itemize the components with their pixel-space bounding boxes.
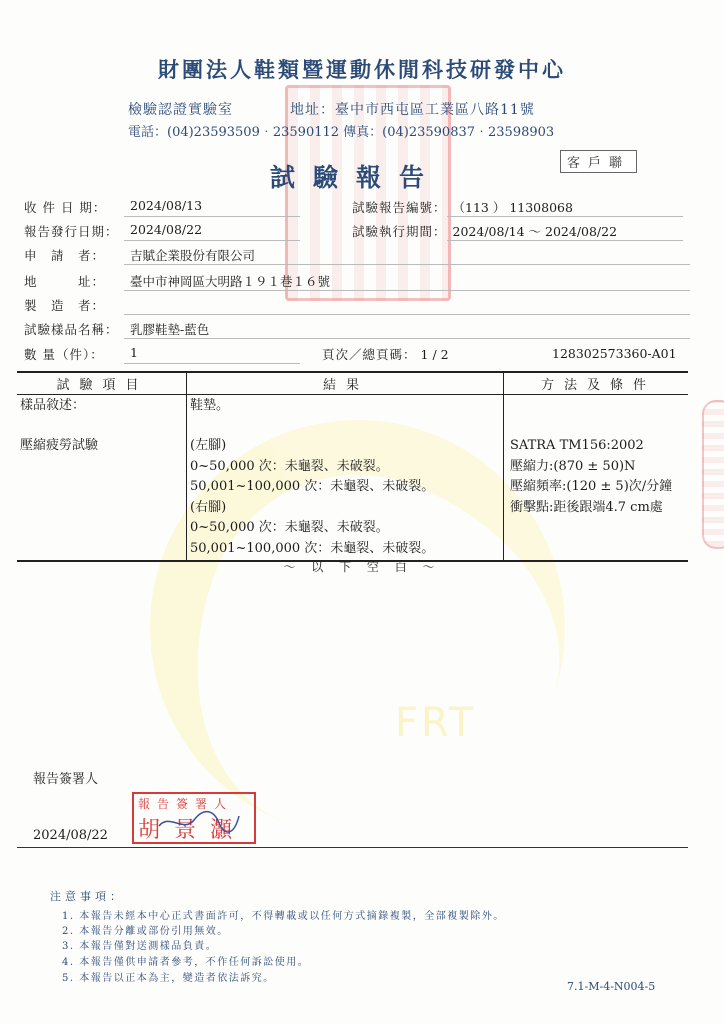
sample-name-row: 試驗樣品名稱： 乳膠鞋墊-藍色: [24, 318, 690, 340]
row-method: [504, 395, 689, 436]
header-method: 方法及條件: [504, 372, 689, 395]
note-item: 1. 本報告未經本中心正式書面許可，不得轉載或以任何方式摘錄複製，全部複製除外。: [62, 907, 505, 922]
received-date-row: 收 件 日 期： 2024/08/13: [24, 196, 300, 218]
divider: [17, 847, 688, 848]
test-period-label: 試驗執行期間：: [352, 222, 447, 240]
result-line: 50,001~100,000 次：未龜裂、未破裂。: [190, 539, 502, 560]
page-row: 頁次／總頁碼： 1 / 2: [322, 343, 449, 365]
note-item: 5. 本報告以正本為主，變造者依法訴究。: [62, 969, 275, 984]
manufacturer-label: 製 造 者：: [24, 296, 124, 314]
report-number-row: 試驗報告編號： （113 ） 11308068: [352, 196, 683, 218]
issue-date-label: 報告發行日期：: [24, 222, 124, 240]
signature-date: 2024/08/22: [33, 828, 108, 843]
method-line: 衝擊點:距後跟端4.7 cm處: [510, 498, 687, 519]
test-period-row: 試驗執行期間： 2024/08/14 ～ 2024/08/22: [352, 220, 683, 242]
signature-stamp: 報告簽署人 胡景灝: [132, 792, 256, 844]
row-method: SATRA TM156:2002 壓縮力:(870 ± 50)N 壓縮頻率:(1…: [504, 435, 689, 561]
header-test-item: 試驗項目: [17, 372, 187, 395]
row-result: 鞋墊。: [187, 395, 504, 436]
issue-date-value: 2024/08/22: [124, 222, 300, 241]
side-seal-stamp: [702, 400, 724, 549]
table-header-row: 試驗項目 結果 方法及條件: [17, 372, 688, 395]
row-item: 壓縮疲勞試驗: [17, 435, 187, 561]
table-row: 壓縮疲勞試驗 (左腳) 0~50,000 次：未龜裂、未破裂。 50,001~1…: [17, 435, 688, 561]
manufacturer-row: 製 造 者：: [24, 294, 690, 316]
address-row: 地 址： 臺中市神岡區大明路１９１巷１６號: [24, 270, 690, 292]
report-number-value: （113 ） 11308068: [447, 198, 683, 217]
result-line: 0~50,000 次：未龜裂、未破裂。: [190, 457, 502, 478]
handwritten-signature-icon: [154, 808, 244, 838]
table-row: 樣品敘述： 鞋墊。: [17, 395, 688, 436]
method-line: SATRA TM156:2002: [510, 436, 687, 457]
org-phone-fax: 電話：(04)23593509‧23590112 傳真：(04)23590837…: [128, 121, 554, 140]
result-line: (右腳): [190, 498, 502, 519]
watermark-logo: FRT: [395, 700, 476, 746]
method-line: 壓縮頻率:(120 ± 5)次/分鐘: [510, 477, 687, 498]
document-title: 試驗報告: [270, 158, 442, 194]
applicant-row: 申 請 者： 吉賦企業股份有限公司: [24, 244, 690, 266]
received-date-value: 2024/08/13: [124, 198, 300, 217]
signer-label: 報告簽署人: [33, 768, 98, 787]
manufacturer-value: [124, 296, 690, 315]
address-label: 地 址：: [24, 272, 124, 290]
applicant-value: 吉賦企業股份有限公司: [124, 246, 690, 265]
row-result: (左腳) 0~50,000 次：未龜裂、未破裂。 50,001~100,000 …: [187, 435, 504, 561]
copy-tag: 客戶聯: [560, 150, 637, 173]
result-line: (左腳): [190, 436, 502, 457]
row-item: 樣品敘述：: [17, 395, 187, 436]
sample-name-label: 試驗樣品名稱：: [24, 320, 124, 338]
test-period-value: 2024/08/14 ～ 2024/08/22: [447, 222, 683, 241]
quantity-label: 數 量（件）：: [24, 345, 124, 363]
organization-name: 財團法人鞋類暨運動休閒科技研發中心: [0, 54, 724, 84]
address-value: 臺中市神岡區大明路１９１巷１６號: [124, 272, 690, 291]
sample-name-value: 乳膠鞋墊-藍色: [124, 320, 690, 339]
blank-below-marker: ～ 以 下 空 白 ～: [0, 558, 724, 575]
received-date-label: 收 件 日 期：: [24, 198, 124, 216]
org-address: 地址：臺中市西屯區工業區八路11號: [290, 99, 535, 119]
report-number-label: 試驗報告編號：: [352, 198, 447, 216]
results-table: 試驗項目 結果 方法及條件 樣品敘述： 鞋墊。 壓縮疲勞試驗 (左腳) 0~50…: [17, 371, 688, 562]
result-line: 鞋墊。: [190, 396, 502, 417]
quantity-value: 1: [124, 345, 300, 364]
quantity-row: 數 量（件）： 1: [24, 343, 300, 365]
note-item: 2. 本報告分離或部份引用無效。: [62, 922, 229, 937]
form-code: 7.1-M-4-N004-5: [567, 980, 655, 993]
page-label: 頁次／總頁碼：: [322, 345, 417, 363]
note-item: 3. 本報告僅對送測樣品負責。: [62, 937, 217, 952]
page-value: 1 / 2: [417, 347, 449, 362]
lab-name: 檢驗認證實驗室: [128, 99, 233, 119]
notes-title: 注意事項：: [50, 888, 125, 904]
method-line: 壓縮力:(870 ± 50)N: [510, 457, 687, 478]
result-line: 0~50,000 次：未龜裂、未破裂。: [190, 518, 502, 539]
issue-date-row: 報告發行日期： 2024/08/22: [24, 220, 300, 242]
header-result: 結果: [187, 372, 504, 395]
applicant-label: 申 請 者：: [24, 246, 124, 264]
note-item: 4. 本報告僅供申請者參考，不作任何訴訟使用。: [62, 953, 309, 968]
serial-number: 128302573360-A01: [552, 346, 677, 361]
result-line: 50,001~100,000 次：未龜裂、未破裂。: [190, 477, 502, 498]
